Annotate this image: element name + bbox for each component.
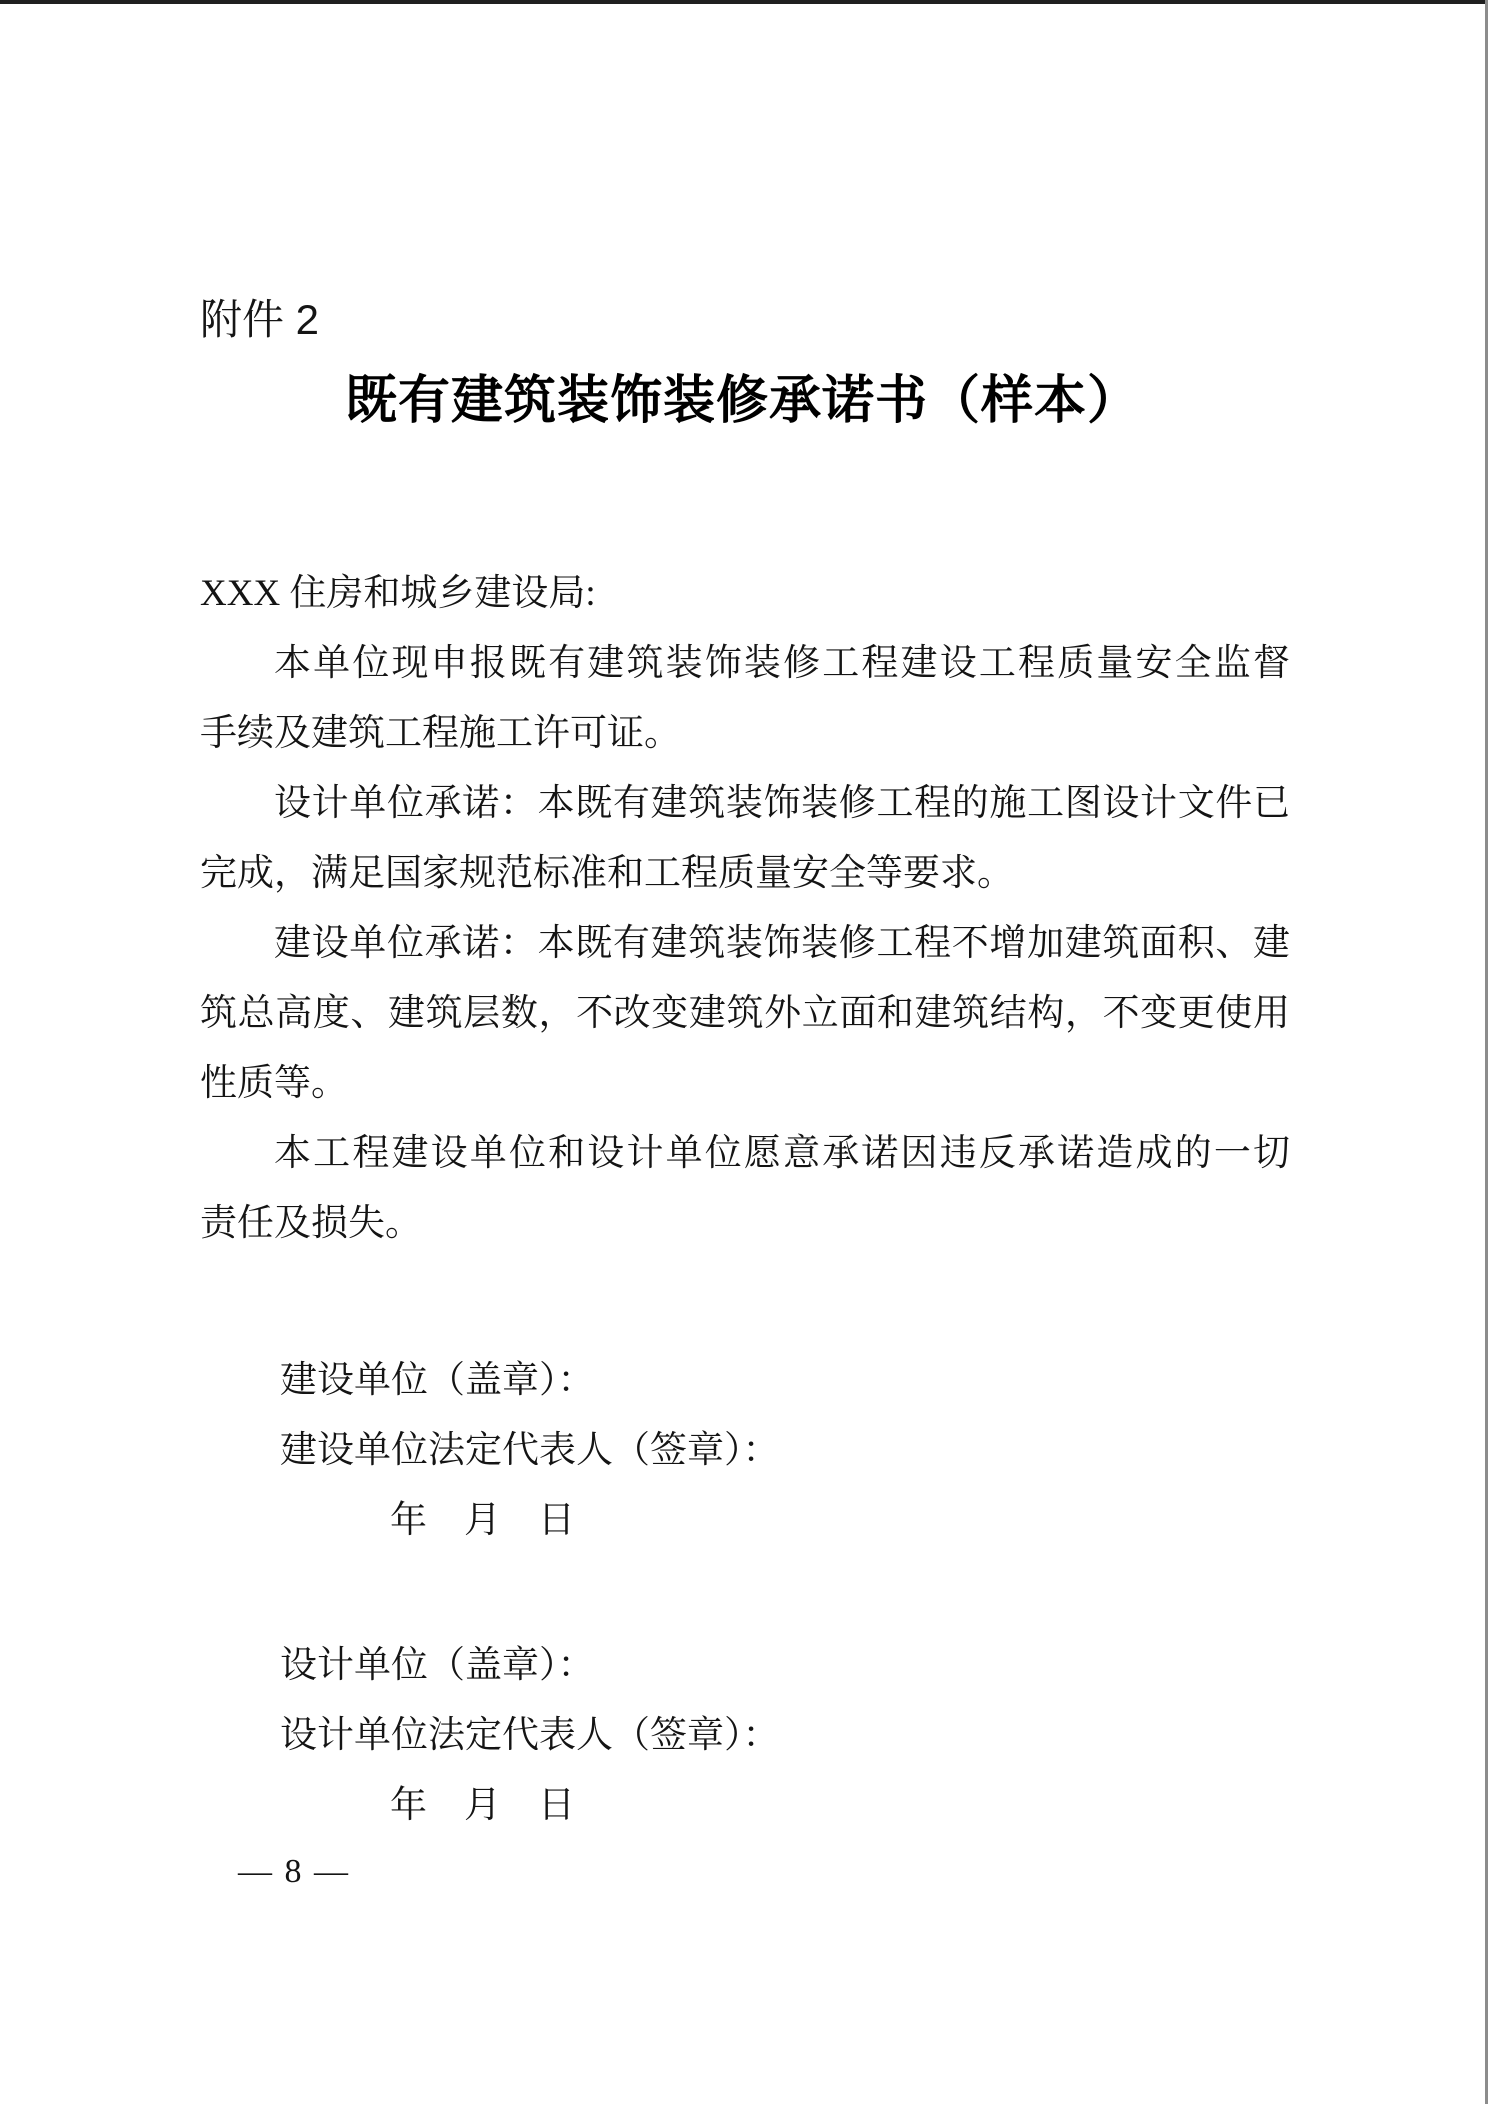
construction-unit-date-line: 年 月 日 xyxy=(280,1486,1180,1556)
body-line: 手续及建筑工程施工许可证。 xyxy=(200,699,1290,769)
body-line: 本工程建设单位和设计单位愿意承诺因违反承诺造成的一切 xyxy=(200,1119,1290,1189)
construction-unit-representative-line: 建设单位法定代表人（签章）： xyxy=(280,1416,1180,1486)
construction-unit-seal-line: 建设单位（盖章）： xyxy=(280,1346,1180,1416)
body-line: 性质等。 xyxy=(200,1049,1290,1119)
signature-block-construction-unit: 建设单位（盖章）： 建设单位法定代表人（签章）： 年 月 日 xyxy=(280,1346,1180,1556)
attachment-label: 附件 2 xyxy=(200,292,319,348)
page-number: — 8 — xyxy=(238,1850,350,1894)
body-line: 筑总高度、建筑层数，不改变建筑外立面和建筑结构，不变更使用 xyxy=(200,979,1290,1049)
salutation-line: XXX 住房和城乡建设局: xyxy=(200,559,1290,629)
body-line: 责任及损失。 xyxy=(200,1189,1290,1259)
body-line: 建设单位承诺：本既有建筑装饰装修工程不增加建筑面积、建 xyxy=(200,909,1290,979)
document-page: 附件 2 既有建筑装饰装修承诺书（样本） XXX 住房和城乡建设局: 本单位现申… xyxy=(0,0,1488,2104)
design-unit-seal-line: 设计单位（盖章）： xyxy=(280,1631,1180,1701)
signature-block-design-unit: 设计单位（盖章）： 设计单位法定代表人（签章）： 年 月 日 xyxy=(280,1631,1180,1841)
document-title: 既有建筑装饰装修承诺书（样本） xyxy=(0,366,1485,438)
body-line: 设计单位承诺：本既有建筑装饰装修工程的施工图设计文件已 xyxy=(200,769,1290,839)
design-unit-date-line: 年 月 日 xyxy=(280,1771,1180,1841)
page-top-edge-line xyxy=(0,0,1488,4)
design-unit-representative-line: 设计单位法定代表人（签章）： xyxy=(280,1701,1180,1771)
body-line: 本单位现申报既有建筑装饰装修工程建设工程质量安全监督 xyxy=(200,629,1290,699)
document-body: XXX 住房和城乡建设局: 本单位现申报既有建筑装饰装修工程建设工程质量安全监督… xyxy=(200,559,1290,1259)
body-line: 完成，满足国家规范标准和工程质量安全等要求。 xyxy=(200,839,1290,909)
